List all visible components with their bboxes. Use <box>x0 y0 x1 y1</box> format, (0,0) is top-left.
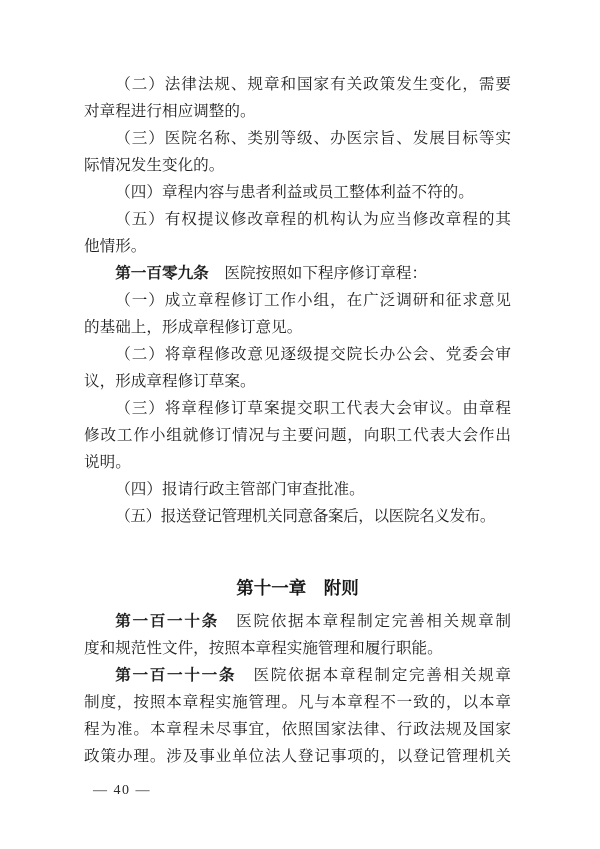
document-line: （二）将章程修改意见逐级提交院长办公会、党委会审 <box>84 341 511 368</box>
document-line: （四）章程内容与患者利益或员工整体利益不符的。 <box>84 179 511 206</box>
document-line: （四）报请行政主管部门审查批准。 <box>84 476 511 503</box>
document-line: 对章程进行相应调整的。 <box>84 98 511 125</box>
document-line: 他情形。 <box>84 233 511 260</box>
article-number: 第一百一十一条 <box>115 667 236 684</box>
article-text: 医院依据本章程制定完善相关规章制 <box>219 613 511 630</box>
document-line: （五）有权提议修改章程的机构认为应当修改章程的其 <box>84 206 511 233</box>
article-line-110: 第一百一十条 医院依据本章程制定完善相关规章制 <box>84 608 511 635</box>
document-line: （一）成立章程修订工作小组，在广泛调研和征求意见 <box>84 287 511 314</box>
document-line: 际情况发生变化的。 <box>84 152 511 179</box>
document-line: （二）法律法规、规章和国家有关政策发生变化，需要 <box>84 71 511 98</box>
document-body: （二）法律法规、规章和国家有关政策发生变化，需要 对章程进行相应调整的。 （三）… <box>84 71 511 770</box>
chapter-heading: 第十一章 附则 <box>84 574 511 602</box>
document-line: 修改工作小组就修订情况与主要问题，向职工代表大会作出 <box>84 422 511 449</box>
document-line: 议，形成章程修订草案。 <box>84 368 511 395</box>
document-line: 的基础上，形成章程修订意见。 <box>84 314 511 341</box>
article-text: 医院按照如下程序修订章程： <box>209 265 427 282</box>
page-number: — 40 — <box>93 783 151 799</box>
document-line: 制度，按照本章程实施管理。凡与本章程不一致的，以本章 <box>84 689 511 716</box>
article-line-111: 第一百一十一条 医院依据本章程制定完善相关规章 <box>84 662 511 689</box>
document-page: （二）法律法规、规章和国家有关政策发生变化，需要 对章程进行相应调整的。 （三）… <box>0 0 600 849</box>
article-number: 第一百一十条 <box>115 613 219 630</box>
document-line: 说明。 <box>84 449 511 476</box>
document-line: （三）医院名称、类别等级、办医宗旨、发展目标等实 <box>84 125 511 152</box>
article-line-109: 第一百零九条 医院按照如下程序修订章程： <box>84 260 511 287</box>
document-line: 政策办理。涉及事业单位法人登记事项的，以登记管理机关 <box>84 743 511 770</box>
document-line: 度和规范性文件，按照本章程实施管理和履行职能。 <box>84 635 511 662</box>
article-text: 医院依据本章程制定完善相关规章 <box>236 667 511 684</box>
document-line: 程为准。本章程未尽事宜，依照国家法律、行政法规及国家 <box>84 716 511 743</box>
document-line: （五）报送登记管理机关同意备案后，以医院名义发布。 <box>84 503 511 530</box>
article-number: 第一百零九条 <box>115 265 209 282</box>
document-line: （三）将章程修订草案提交职工代表大会审议。由章程 <box>84 395 511 422</box>
